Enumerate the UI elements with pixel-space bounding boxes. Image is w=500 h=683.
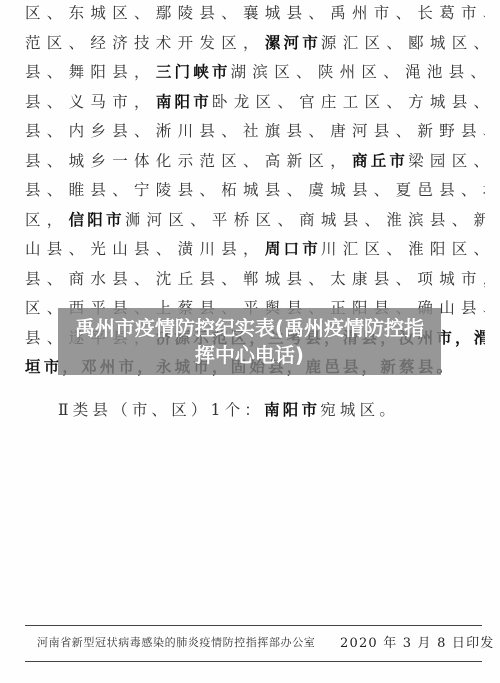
footer-bottom-rule <box>25 661 482 662</box>
city-name: 漯河市 <box>265 34 321 52</box>
class-2-prefix: Ⅱ类县（市、区）1个： <box>58 401 264 419</box>
city-name: 商丘市 <box>352 152 408 170</box>
footer-issuer: 河南省新型冠状病毒感染的肺炎疫情防控指挥部办公室 <box>37 634 315 650</box>
document-page: 区、东城区、鄢陵县、襄城县、禹州市、长葛市、城乡一体化示范区、经济技术开发区，漯… <box>0 0 500 683</box>
district-list: 川汇区、淮阳区、扶沟县、西华 <box>321 240 485 258</box>
district-list: 区， <box>25 211 69 229</box>
document-line: 县、睢县、宁陵县、柘城县、虞城县、夏邑县、城乡一体化示范 <box>25 178 485 202</box>
district-list: 源汇区、郾城区、召陵区、临颍 <box>321 34 485 52</box>
district-list: 县、义马市， <box>25 93 156 111</box>
district-list: 县、城乡一体化示范区、高新区， <box>25 152 352 170</box>
district-list: 梁园区、睢阳区、民权 <box>408 152 485 170</box>
district-list: 山县、光山县、潢川县， <box>25 240 265 258</box>
document-line: 县、商水县、沈丘县、郸城县、太康县、项城市，驻马店市驿城 <box>25 267 485 291</box>
city-name: 信阳市 <box>69 211 125 229</box>
district-list: 县、内乡县、淅川县、社旗县、唐河县、新野县、桐柏县、南召 <box>25 122 485 140</box>
title-overlay-banner[interactable]: 禹州市疫情防控纪实表(禹州疫情防控指挥中心电话) <box>58 308 441 375</box>
city-name: 周口市 <box>265 240 321 258</box>
document-line: 县、义马市，南阳市卧龙区、官庄工区、方城县、西峡县、镇平 <box>25 90 485 114</box>
footer-top-rule <box>25 625 482 626</box>
district-list: 县、舞阳县， <box>25 63 156 81</box>
class-2-city: 南阳市 <box>264 401 320 419</box>
class-2-district: 宛城区。 <box>320 401 399 419</box>
document-line: 县、内乡县、淅川县、社旗县、唐河县、新野县、桐柏县、南召 <box>25 119 485 143</box>
district-list: 县、商水县、沈丘县、郸城县、太康县、项城市， <box>25 270 485 288</box>
district-list: 范区、经济技术开发区， <box>25 34 265 52</box>
document-line: 区，信阳市浉河区、平桥区、商城县、淮滨县、新县、息县、罗 <box>25 208 485 232</box>
document-line: 县、城乡一体化示范区、高新区，商丘市梁园区、睢阳区、民权 <box>25 149 485 173</box>
class-2-county-line: Ⅱ类县（市、区）1个：南阳市宛城区。 <box>58 398 500 422</box>
document-line: 山县、光山县、潢川县，周口市川汇区、淮阳区、扶沟县、西华 <box>25 237 485 261</box>
city-name: 三门峡市 <box>156 63 231 81</box>
district-list: 卧龙区、官庄工区、方城县、西峡县、镇平 <box>212 93 485 111</box>
document-line: 县、舞阳县，三门峡市湖滨区、陕州区、渑池县、灵宝市、卢氏 <box>25 60 485 84</box>
document-line: 区、东城区、鄢陵县、襄城县、禹州市、长葛市、城乡一体化示 <box>25 1 485 25</box>
footer-date: 2020 年 3 月 8 日印发 <box>340 632 495 651</box>
district-list: 湖滨区、陕州区、渑池县、灵宝市、卢氏 <box>231 63 485 81</box>
overlay-title[interactable]: 禹州市疫情防控纪实表(禹州疫情防控指挥中心电话) <box>75 315 425 369</box>
district-list: 县、睢县、宁陵县、柘城县、虞城县、夏邑县、城乡一体化示范 <box>25 181 485 199</box>
district-list: 浉河区、平桥区、商城县、淮滨县、新县、息县、罗 <box>125 211 485 229</box>
district-list: 区、东城区、鄢陵县、襄城县、禹州市、长葛市、城乡一体化示 <box>25 4 485 22</box>
city-name: 南阳市 <box>156 93 212 111</box>
document-line: 范区、经济技术开发区，漯河市源汇区、郾城区、召陵区、临颍 <box>25 31 485 55</box>
